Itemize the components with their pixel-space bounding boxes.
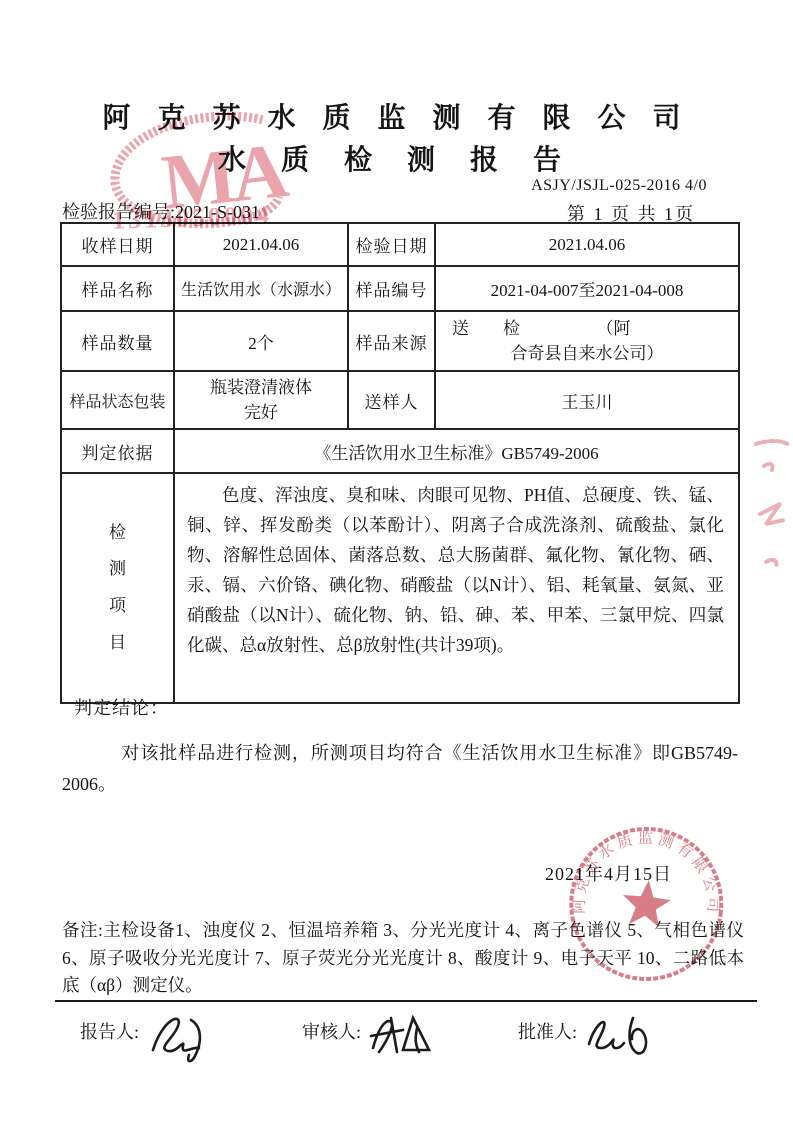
- conclusion-text: 对该批样品进行检测，所测项目均符合《生活饮用水卫生标准》即GB5749-2006…: [62, 738, 738, 800]
- separator-line: [55, 1000, 757, 1002]
- edge-stamp-mark: [746, 436, 792, 576]
- reviewer-label: 审核人:: [302, 1010, 361, 1044]
- value-test-items: 色度、浑浊度、臭和味、肉眼可见物、PH值、总硬度、铁、锰、铜、锌、挥发酚类（以苯…: [174, 473, 739, 703]
- test-items-text: 色度、浑浊度、臭和味、肉眼可见物、PH值、总硬度、铁、锰、铜、锌、挥发酚类（以苯…: [179, 476, 734, 700]
- value-sample-sender: 王玉川: [435, 371, 739, 429]
- label-sample-quantity: 样品数量: [61, 311, 174, 371]
- approver-label: 批准人:: [518, 1010, 577, 1044]
- reporter-label: 报告人:: [80, 1010, 139, 1044]
- signature-row: 报告人: 审核人: 批准人:: [80, 1010, 740, 1070]
- reporter-signature: [143, 1010, 223, 1068]
- table-row: 样品状态包装 瓶装澄清液体 完好 送样人 王玉川: [61, 371, 739, 429]
- label-sample-received-date: 收样日期: [61, 223, 174, 266]
- report-page: 阿 克 苏 水 质 监 测 有 限 公 司 水 质 检 测 报 告 ASJY/J…: [0, 0, 793, 1122]
- value-test-date: 2021.04.06: [435, 223, 739, 266]
- label-judgment-basis: 判定依据: [61, 429, 174, 473]
- label-test-date: 检验日期: [348, 223, 435, 266]
- sample-source-line2: 合奇县自来水公司）: [440, 341, 734, 366]
- table-row: 判定依据 《生活饮用水卫生标准》GB5749-2006: [61, 429, 739, 473]
- sample-source-line1: 送 检 （阿: [440, 316, 734, 341]
- value-sample-received-date: 2021.04.06: [174, 223, 348, 266]
- table-row: 样品数量 2个 样品来源 送 检 （阿 合奇县自来水公司）: [61, 311, 739, 371]
- label-sample-condition: 样品状态包装: [61, 371, 174, 429]
- report-date: 2021年4月15日: [545, 860, 672, 886]
- approver-signature: [581, 1010, 661, 1068]
- sample-condition-line1: 瓶装澄清液体: [179, 375, 343, 400]
- report-title: 水 质 检 测 报 告: [0, 138, 793, 178]
- value-judgment-basis: 《生活饮用水卫生标准》GB5749-2006: [174, 429, 739, 473]
- document-code: ASJY/JSJL-025-2016 4/0: [531, 177, 707, 195]
- company-name: 阿 克 苏 水 质 监 测 有 限 公 司: [0, 96, 793, 136]
- label-sample-source: 样品来源: [348, 311, 435, 371]
- value-sample-quantity: 2个: [174, 311, 348, 371]
- label-sample-sender: 送样人: [348, 371, 435, 429]
- conclusion-label: 判定结论：: [74, 694, 169, 720]
- reviewer-signature-group: 审核人:: [302, 1010, 445, 1068]
- notes-text: 备注:主检设备1、浊度仪 2、恒温培养箱 3、分光光度计 4、离子色谱仪 5、气…: [62, 917, 744, 1000]
- approver-signature-group: 批准人:: [518, 1010, 661, 1068]
- label-sample-id: 样品编号: [348, 266, 435, 311]
- label-test-items: 检测项目: [61, 473, 174, 703]
- table-row: 检测项目 色度、浑浊度、臭和味、肉眼可见物、PH值、总硬度、铁、锰、铜、锌、挥发…: [61, 473, 739, 703]
- sample-condition-line2: 完好: [179, 400, 343, 425]
- value-sample-name: 生活饮用水（水源水）: [174, 266, 348, 311]
- table-row: 收样日期 2021.04.06 检验日期 2021.04.06: [61, 223, 739, 266]
- report-number: 检验报告编号:2021-S-031: [62, 198, 260, 224]
- value-sample-source: 送 检 （阿 合奇县自来水公司）: [435, 311, 739, 371]
- label-sample-name: 样品名称: [61, 266, 174, 311]
- table-row: 样品名称 生活饮用水（水源水） 样品编号 2021-04-007至2021-04…: [61, 266, 739, 311]
- reviewer-signature: [365, 1010, 445, 1068]
- sample-info-table: 收样日期 2021.04.06 检验日期 2021.04.06 样品名称 生活饮…: [60, 222, 740, 704]
- reporter-signature-group: 报告人:: [80, 1010, 223, 1068]
- test-items-vertical-label: 检测项目: [107, 515, 127, 661]
- value-sample-condition: 瓶装澄清液体 完好: [174, 371, 348, 429]
- value-sample-id: 2021-04-007至2021-04-008: [435, 266, 739, 311]
